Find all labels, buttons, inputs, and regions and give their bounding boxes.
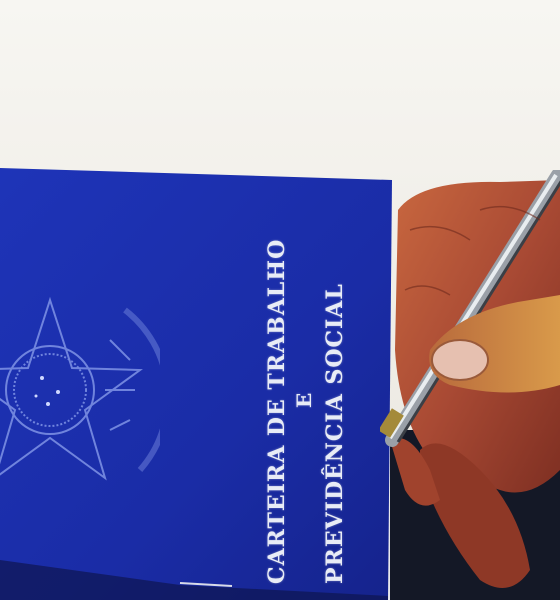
title-line-3: PREVIDÊNCIA SOCIAL <box>322 283 348 584</box>
booklet-title: CARTEIRA DE TRABALHO E PREVIDÊNCIA SOCIA… <box>250 212 350 592</box>
photo-scene: CARTEIRA DE TRABALHO E PREVIDÊNCIA SOCIA… <box>0 0 560 600</box>
hand-with-pen <box>380 170 560 600</box>
title-line-2: E <box>292 392 316 408</box>
title-line-1: CARTEIRA DE TRABALHO <box>264 239 290 584</box>
coat-of-arms-icon <box>0 280 160 500</box>
